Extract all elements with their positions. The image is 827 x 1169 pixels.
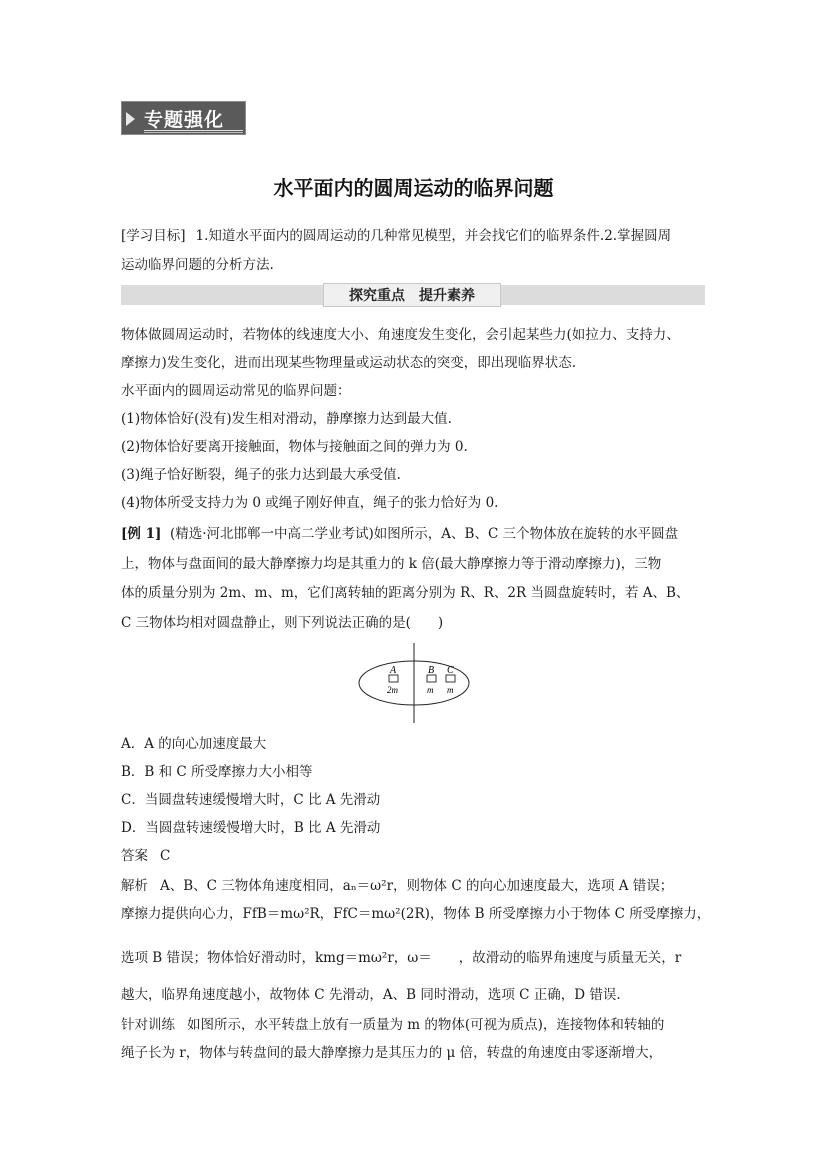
learning-objectives: [学习目标]1.知道水平面内的圆周运动的几种常见模型，并会找它们的临界条件.2.… [121,222,707,280]
intro-line: 摩擦力)发生变化，进而出现某些物理量或运动状态的突变，即出现临界状态. [121,349,707,377]
section-divider: 探究重点 提升素养 [121,285,705,305]
analysis-line-2: 摩擦力提供向心力，FfB＝mω²R，FfC＝mω²(2R)，物体 B 所受摩擦力… [121,900,707,928]
play-arrow-icon [126,112,135,126]
intro-paragraph: 物体做圆周运动时，若物体的线速度大小、角速度发生变化，会引起某些力(如拉力、支持… [121,321,707,517]
section-heading-right: 提升素养 [419,285,475,305]
figure-label-a: A [389,665,397,676]
analysis-line-3: 选项 B 错误；物体恰好滑动时，kmg＝mω²r，ω＝ ，故滑动的临界角速度与质… [121,944,707,973]
intro-line: 水平面内的圆周运动常见的临界问题： [121,377,707,405]
answer-line: 答案C [121,842,707,870]
example-source: (精选·河北邯郸一中高二学业考试) [170,526,374,542]
objectives-line-2: 运动临界问题的分析方法. [121,251,707,280]
figure-mass-c: m [447,685,454,695]
rotating-disk-figure: A B C 2m m m [357,643,475,723]
analysis-block: 解析A、B、C 三物体角速度相同，aₙ＝ω²r，则物体 C 的向心加速度最大，选… [121,872,707,928]
topic-banner: 专题强化 [121,101,246,135]
figure-label-b: B [428,665,434,676]
objectives-line-1: 1.知道水平面内的圆周运动的几种常见模型，并会找它们的临界条件.2.掌握圆周 [196,228,672,244]
section-heading: 探究重点 提升素养 [323,283,501,307]
training-label: 针对训练 [121,1017,175,1033]
analysis-line-1: A、B、C 三物体角速度相同，aₙ＝ω²r，则物体 C 的向心加速度最大，选项 … [160,878,673,894]
analysis-line-4: 越大，临界角速度越小，故物体 C 先滑动，A、B 同时滑动，选项 C 正确，D … [121,981,707,1010]
critical-case-4: (4)物体所受支持力为 0 或绳子刚好伸直，绳子的张力恰好为 0. [121,489,707,517]
figure-label-c: C [447,665,454,676]
document-page: 专题强化 水平面内的圆周运动的临界问题 [学习目标]1.知道水平面内的圆周运动的… [0,0,827,1169]
analysis-block-continued: 选项 B 错误；物体恰好滑动时，kmg＝mω²r，ω＝ ，故滑动的临界角速度与质… [121,944,707,1010]
critical-case-1: (1)物体恰好(没有)发生相对滑动，静摩擦力达到最大值. [121,405,707,433]
critical-case-2: (2)物体恰好要离开接触面，物体与接触面之间的弹力为 0. [121,433,707,461]
example-line-3: 体的质量分别为 2m、m、m，它们离转轴的距离分别为 R、R、2R 当圆盘旋转时… [121,579,707,609]
answer-label: 答案 [121,848,148,864]
critical-case-3: (3)绳子恰好断裂，绳子的张力达到最大承受值. [121,461,707,489]
example-1: [例 1] (精选·河北邯郸一中高二学业考试)如图所示，A、B、C 三个物体放在… [121,520,707,638]
figure-mass-b: m [427,685,434,695]
option-b: B．B 和 C 所受摩擦力大小相等 [121,758,707,786]
figure-mass-a: 2m [387,685,399,695]
analysis-label: 解析 [121,878,148,894]
example-line-1: 如图所示，A、B、C 三个物体放在旋转的水平圆盘 [374,526,678,542]
banner-underline [144,130,243,131]
answer-value: C [160,848,170,864]
practice-problem: 针对训练如图所示，水平转盘上放有一质量为 m 的物体(可视为质点)，连接物体和转… [121,1011,707,1067]
option-c: C．当圆盘转速缓慢增大时，C 比 A 先滑动 [121,786,707,814]
example-line-2: 上，物体与盘面间的最大静摩擦力均是其重力的 k 倍(最大静摩擦力等于滑动摩擦力)… [121,550,707,580]
option-d: D．当圆盘转速缓慢增大时，B 比 A 先滑动 [121,814,707,842]
section-heading-left: 探究重点 [349,285,405,305]
objectives-tag: [学习目标] [121,228,186,244]
example-line-4: C 三物体均相对圆盘静止，则下列说法正确的是( ) [121,609,707,639]
example-tag: [例 1] [121,526,161,542]
answer-options: A．A 的向心加速度最大 B．B 和 C 所受摩擦力大小相等 C．当圆盘转速缓慢… [121,730,707,842]
training-line-1: 如图所示，水平转盘上放有一质量为 m 的物体(可视为质点)，连接物体和转轴的 [187,1017,664,1033]
training-line-2: 绳子长为 r，物体与转盘间的最大静摩擦力是其压力的 μ 倍，转盘的角速度由零逐渐… [121,1039,707,1067]
banner-underline-2 [144,132,243,133]
intro-line: 物体做圆周运动时，若物体的线速度大小、角速度发生变化，会引起某些力(如拉力、支持… [121,321,707,349]
page-title: 水平面内的圆周运动的临界问题 [0,172,827,201]
banner-label: 专题强化 [144,105,224,132]
option-a: A．A 的向心加速度最大 [121,730,707,758]
